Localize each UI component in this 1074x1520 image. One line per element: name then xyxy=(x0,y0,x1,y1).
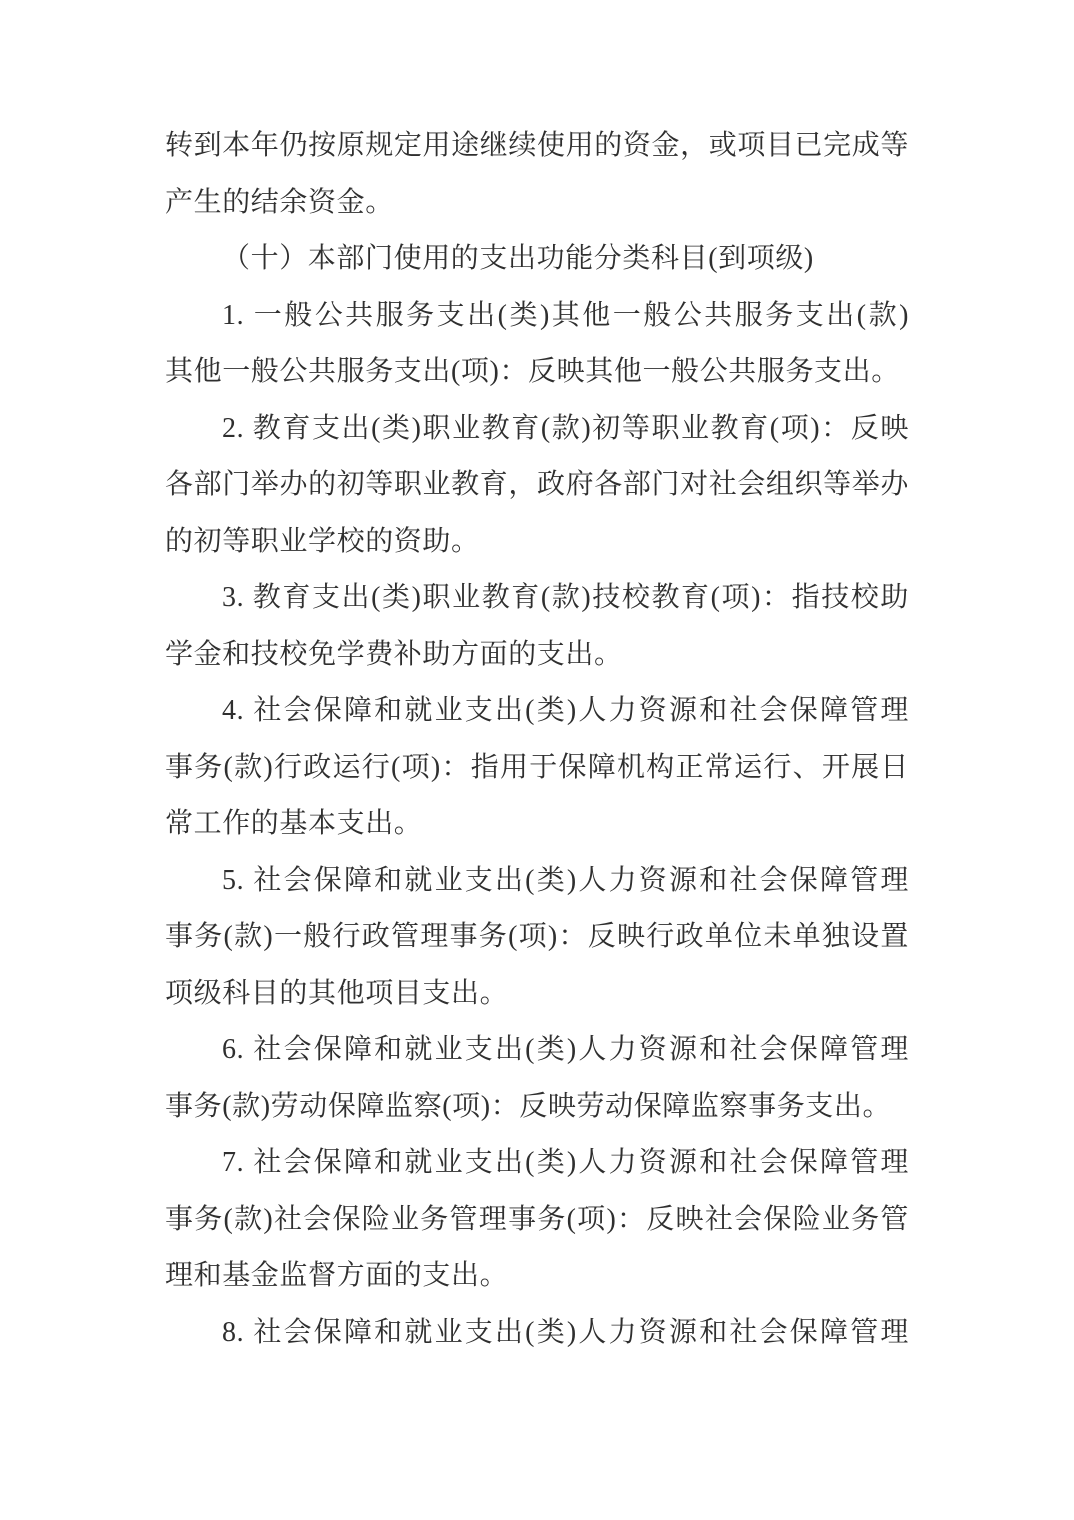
text-line: 2. 教育支出(类)职业教育(款)初等职业教育(项)：反映 xyxy=(165,401,909,458)
text-line: 事务(款)一般行政管理事务(项)：反映行政单位未单独设置 xyxy=(165,909,909,966)
text-line: 理和基金监督方面的支出。 xyxy=(165,1248,909,1305)
text-line: 4. 社会保障和就业支出(类)人力资源和社会保障管理 xyxy=(165,683,909,740)
text-line: 项级科目的其他项目支出。 xyxy=(165,966,909,1023)
text-line: 产生的结余资金。 xyxy=(165,175,909,232)
text-line: 事务(款)社会保险业务管理事务(项)：反映社会保险业务管 xyxy=(165,1192,909,1249)
text-line: 各部门举办的初等职业教育，政府各部门对社会组织等举办 xyxy=(165,457,909,514)
text-line: 转到本年仍按原规定用途继续使用的资金，或项目已完成等 xyxy=(165,118,909,175)
text-line: 事务(款)行政运行(项)：指用于保障机构正常运行、开展日 xyxy=(165,740,909,797)
text-line: 1. 一般公共服务支出(类)其他一般公共服务支出(款) xyxy=(165,288,909,345)
text-line: 6. 社会保障和就业支出(类)人力资源和社会保障管理 xyxy=(165,1022,909,1079)
text-line: 3. 教育支出(类)职业教育(款)技校教育(项)：指技校助 xyxy=(165,570,909,627)
text-line: 事务(款)劳动保障监察(项)：反映劳动保障监察事务支出。 xyxy=(165,1079,909,1136)
document-body: 转到本年仍按原规定用途继续使用的资金，或项目已完成等产生的结余资金。（十）本部门… xyxy=(165,118,909,1361)
text-line: 常工作的基本支出。 xyxy=(165,796,909,853)
text-line: 7. 社会保障和就业支出(类)人力资源和社会保障管理 xyxy=(165,1135,909,1192)
text-line: 学金和技校免学费补助方面的支出。 xyxy=(165,627,909,684)
text-line: 8. 社会保障和就业支出(类)人力资源和社会保障管理 xyxy=(165,1305,909,1362)
text-line: 其他一般公共服务支出(项)：反映其他一般公共服务支出。 xyxy=(165,344,909,401)
document-page: 转到本年仍按原规定用途继续使用的资金，或项目已完成等产生的结余资金。（十）本部门… xyxy=(0,0,1074,1520)
text-line: （十）本部门使用的支出功能分类科目(到项级) xyxy=(165,231,909,288)
text-line: 5. 社会保障和就业支出(类)人力资源和社会保障管理 xyxy=(165,853,909,910)
text-line: 的初等职业学校的资助。 xyxy=(165,514,909,571)
